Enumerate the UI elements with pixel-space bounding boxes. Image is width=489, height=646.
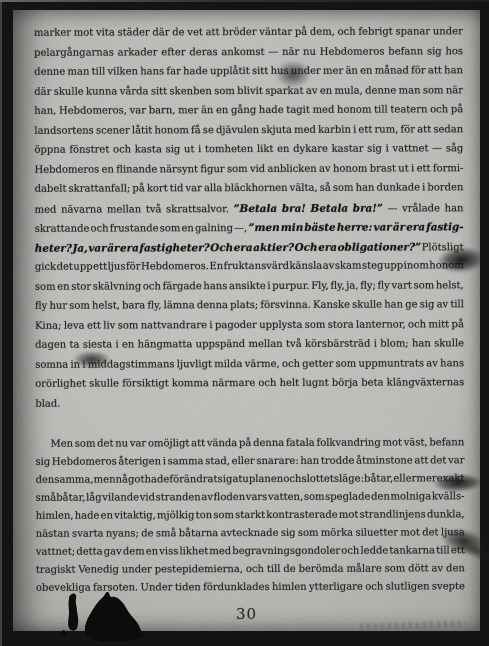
word: bra!” [353, 202, 383, 214]
text-line: Mensomdetnuvaromöjligtattvändapådennafat… [35, 437, 464, 456]
word: floden [214, 492, 245, 503]
word: tragiskt [36, 565, 76, 576]
word: vitaktig, [114, 510, 156, 521]
word: en [101, 510, 113, 521]
word: siluetter [355, 527, 398, 538]
word: Och [295, 241, 318, 253]
word: de [283, 564, 295, 575]
word: himlen, [36, 511, 74, 522]
word: av [437, 299, 449, 310]
word: stad, [205, 456, 230, 467]
word: vita [96, 27, 115, 38]
word: ett [93, 261, 107, 272]
word: fly [378, 280, 390, 291]
word: hade [183, 66, 208, 77]
word: en [320, 85, 332, 96]
text-line: heter?Ja,varärerafastigheter?Ocheraaktie… [35, 241, 464, 262]
word: upplysta [259, 319, 302, 330]
word: tomheten [205, 144, 253, 155]
page-text: markermotvitastäderdärdevetattbrödervänt… [34, 26, 465, 600]
word: hos [445, 46, 463, 57]
word: ”men [248, 222, 279, 234]
word: som [35, 281, 56, 292]
ink-smudge [73, 351, 111, 368]
word: svarta [72, 529, 104, 540]
word: liv [103, 320, 115, 331]
word: bröder [222, 27, 256, 38]
word: Och [210, 242, 233, 254]
word: ”Betala [234, 202, 278, 214]
word: aktier? [253, 241, 294, 253]
word: skrattanfall; [69, 183, 131, 194]
text-line: gickdetuppettljusförHebdomeros.Enfruktan… [35, 260, 464, 281]
word: som [423, 85, 444, 96]
word: i [267, 280, 270, 291]
word: era [234, 241, 253, 253]
word: getter [302, 358, 333, 369]
word: Kanske [313, 300, 350, 311]
word: detta [76, 547, 102, 558]
word: stranden [156, 492, 201, 503]
text-line: densamma,mennågothadeförändratsigatuplan… [36, 473, 465, 492]
word: som [227, 164, 248, 175]
word: låtit [132, 125, 152, 136]
word: dunkade [376, 182, 420, 193]
word: de [141, 528, 153, 539]
word: fly, [330, 280, 344, 291]
word: en [360, 66, 372, 77]
word: ut [398, 163, 409, 174]
word: i [115, 339, 118, 350]
word: honom [337, 105, 371, 116]
word: välta, [290, 183, 318, 194]
word: Hebdomeros, [59, 105, 127, 116]
word: sedan [433, 124, 463, 135]
paragraph: Mensomdetnuvaromöjligtattvändapådennafat… [35, 437, 465, 600]
word: det [422, 527, 438, 538]
word: kort [147, 183, 168, 194]
word: sig [367, 144, 382, 155]
word: frustande [110, 223, 159, 234]
scanned-page: markermotvitastäderdärdevetattbrödervänt… [0, 0, 489, 646]
word: Kina; [35, 320, 61, 331]
word: — [387, 203, 397, 214]
word: dunkla, [427, 509, 465, 520]
word: hade [145, 474, 170, 485]
word: i [209, 320, 212, 331]
ink-blot [59, 587, 153, 643]
word: denna [253, 438, 284, 449]
word: blom; [380, 338, 409, 349]
word: obligationer?” [338, 241, 422, 253]
word: likt [257, 144, 274, 155]
text-line: himlen,hadeenvitaktig,mjölkigtonsomstark… [36, 509, 465, 528]
word: och [282, 358, 300, 369]
word: mer [323, 66, 343, 77]
word: försiktigt [122, 378, 169, 389]
word: Hebdomeros [34, 164, 99, 175]
word: ton [196, 510, 213, 521]
word: till [267, 564, 281, 575]
word: brast [370, 163, 396, 174]
word: fönstret [69, 144, 109, 155]
word: slutligen [386, 581, 430, 592]
text-line: sigHebdomerosåterigenisammastad,ellersna… [35, 455, 464, 474]
word: tagit [286, 105, 310, 116]
word: i [422, 182, 425, 193]
word: hängmatta [138, 339, 193, 350]
word: befann [429, 437, 464, 448]
word: i [386, 144, 389, 155]
word: mellan [107, 204, 141, 215]
word: två [286, 339, 302, 350]
word: skam [335, 261, 362, 272]
word: sig [281, 528, 296, 539]
word: strandlinjens [360, 509, 426, 520]
word: vart [391, 280, 411, 291]
word: ge [405, 299, 417, 310]
word: mjölkig [157, 510, 195, 521]
word: kasta [135, 144, 162, 155]
word: två [146, 204, 162, 215]
word: komma [172, 378, 209, 389]
word: skrattsalvor. [166, 204, 229, 215]
text-line: dennemantillvilkenhansfarhadeupplåtitsit… [34, 65, 463, 86]
word: teatern [390, 104, 427, 115]
word: nu [115, 438, 128, 449]
word: milda [214, 359, 242, 370]
word: med [313, 105, 335, 116]
word: svepte [432, 581, 465, 592]
text-line: nästansvartanyans;desmåbåtarnaavtecknade… [36, 527, 465, 546]
word: hade [259, 105, 284, 116]
word: han [412, 338, 431, 349]
word: är [393, 221, 405, 233]
word: var [130, 438, 146, 449]
word: man [399, 85, 421, 96]
word: som [336, 358, 357, 369]
word: befann [388, 46, 423, 57]
word: purpur. [272, 280, 309, 291]
word: förändrats [169, 474, 222, 485]
word: — [432, 143, 442, 154]
word: lanternor, [356, 319, 406, 330]
word: trodde [321, 456, 355, 467]
word: ut [184, 144, 195, 155]
word: Ja, [72, 242, 87, 254]
word: av [426, 358, 438, 369]
text-line: markermotvitastäderdärdevetattbrödervänt… [34, 26, 463, 47]
word: Hebdomeros [52, 456, 117, 467]
word: och [341, 546, 359, 557]
word: försvinna. [260, 300, 311, 311]
word: bara [122, 300, 145, 311]
word: var [448, 455, 464, 466]
word: fatala [286, 438, 315, 449]
word: — [268, 46, 278, 57]
text-line: mednävarnamellantvåskrattsalvor.”Betalab… [35, 202, 464, 223]
word: berömda [299, 564, 344, 575]
word: de [172, 27, 184, 38]
word: formi- [433, 163, 464, 174]
word: fördunklades [203, 582, 270, 593]
word: ledde [360, 546, 388, 557]
text-line: vattnet;dettagavdemenvisslikhetmedbegrav… [36, 545, 465, 564]
word: var [130, 105, 146, 116]
word: borden [427, 182, 463, 193]
word: skjuta [261, 124, 292, 135]
word: en [57, 281, 69, 292]
word: tankarna [389, 545, 435, 556]
word: vars [246, 492, 268, 503]
word: han [445, 203, 464, 214]
word: era [318, 241, 337, 253]
word: med [209, 546, 231, 557]
word: målare [346, 564, 381, 575]
word: sitt [252, 66, 268, 77]
word: som [305, 319, 326, 330]
word: det [97, 438, 113, 449]
word: Betala [311, 202, 349, 214]
word: lugnt [302, 378, 329, 389]
word: känsla [289, 261, 322, 272]
word: som [160, 223, 181, 234]
word: stor [71, 281, 91, 292]
word: avtecknade [221, 528, 279, 539]
word: efter [161, 47, 185, 58]
word: med [294, 124, 316, 135]
word: mula, [335, 85, 363, 96]
word: skenben [170, 86, 212, 97]
word: småbåtar, [36, 493, 86, 504]
word: uppspänd [196, 339, 246, 350]
text-line: blad. [35, 397, 464, 418]
word: era [120, 242, 139, 254]
word: han, [34, 106, 56, 117]
word: som [75, 439, 96, 450]
word: av [319, 163, 331, 174]
word: fly, [147, 300, 161, 311]
word: karbin [318, 124, 351, 135]
ink-smudge [433, 473, 484, 493]
word: bläckhornen [224, 183, 287, 194]
word: galning [195, 223, 233, 234]
word: närmare [212, 378, 255, 389]
word: och [246, 564, 264, 575]
word: ta [70, 340, 80, 351]
text-line: dabeltskrattanfall;påkorttidvarallabläck… [35, 182, 464, 203]
word: under [433, 26, 463, 37]
word: denna [197, 300, 228, 311]
word: inom [404, 260, 429, 271]
word: att [414, 455, 428, 466]
word: barn, [149, 105, 176, 116]
word: nävarna [61, 204, 102, 215]
word: mer [178, 105, 198, 116]
word: lämna [164, 300, 195, 311]
word: —, [234, 223, 247, 234]
word: vattnet [392, 143, 428, 154]
word: folkvandring [316, 438, 380, 449]
word: hans [203, 281, 227, 292]
word: i [374, 339, 377, 350]
word: han [356, 183, 375, 194]
word: att [206, 27, 220, 38]
word: slottets [301, 474, 339, 485]
word: läge: [339, 474, 364, 485]
word: som [385, 563, 406, 574]
word: en [181, 223, 193, 234]
word: snarare: [256, 456, 298, 467]
word: gatuplanen [226, 474, 283, 485]
word: helst, [436, 280, 464, 291]
word: sig [166, 144, 181, 155]
text-line: somenstorskälvningochfärgadehansansiktei… [35, 280, 464, 301]
word: börja [332, 378, 358, 389]
word: för [411, 65, 426, 76]
word: en [146, 546, 158, 557]
word: åtminstone [356, 455, 413, 466]
word: fly; [360, 280, 376, 291]
word: vilande [102, 492, 139, 503]
word: fastigheter? [139, 242, 209, 254]
word: den [371, 492, 390, 503]
word: skulle [434, 338, 464, 349]
word: och [430, 104, 448, 115]
word: marker [34, 28, 71, 39]
word: stora [328, 319, 354, 330]
word: densamma, [36, 475, 94, 486]
word: flinande [116, 164, 157, 175]
word: ytterligare [309, 582, 363, 593]
word: viss [159, 546, 178, 557]
word: dykare [293, 144, 328, 155]
word: mitt [428, 319, 449, 330]
word: som [333, 183, 354, 194]
word: En [209, 261, 223, 272]
word: det [57, 262, 73, 273]
word: denne [34, 67, 65, 78]
word: uppmuntrats [358, 358, 424, 369]
word: nyans; [106, 528, 139, 539]
word: fastig- [426, 221, 463, 233]
text-line: pelargångarnasarkaderefterderasankomst—n… [34, 46, 463, 67]
word: som [304, 492, 325, 503]
word: era [406, 221, 425, 233]
word: av [306, 85, 318, 96]
word: han [444, 65, 463, 76]
word: denne [365, 85, 396, 96]
word: alla [204, 183, 222, 194]
word: och [113, 144, 131, 155]
word: mörka [321, 528, 353, 539]
word: himlen [272, 582, 307, 593]
word: dem, [310, 27, 335, 38]
word: molniga [391, 491, 432, 502]
word: blivit [237, 85, 263, 96]
word: febrigt [358, 26, 392, 37]
word: som [213, 510, 234, 521]
word: djävulen [216, 124, 259, 135]
word: skulle [352, 300, 382, 311]
word: av [432, 563, 444, 574]
word: tid [170, 183, 184, 194]
word: vattnet; [36, 547, 75, 558]
word: speglade [325, 492, 370, 503]
word: han [300, 456, 319, 467]
word: sig [420, 299, 435, 310]
word: med [35, 204, 57, 215]
word: Hebdomeros. [141, 261, 209, 272]
word: som [414, 280, 435, 291]
word: och [365, 582, 383, 593]
word: Men [50, 439, 73, 450]
word: som [69, 301, 90, 312]
word: Fly, [311, 280, 329, 291]
word: landsortens [34, 125, 93, 136]
word: en [122, 339, 134, 350]
word: ankomst [221, 46, 264, 57]
word: dött [408, 563, 429, 574]
word: han [384, 299, 403, 310]
word: plats; [230, 300, 258, 311]
word: hans [140, 66, 164, 77]
word: något [116, 474, 145, 485]
word: ljus [108, 261, 126, 272]
word: likhet [179, 546, 208, 557]
word: närsynt [160, 164, 198, 175]
word: se [203, 125, 214, 136]
word: sig [35, 457, 50, 468]
text-line: öppnafönstretochkastasigutitomhetenlikte… [34, 143, 463, 164]
word: skrattande [35, 224, 90, 235]
word: på [132, 183, 144, 194]
word: den [446, 563, 465, 574]
word: där [34, 86, 51, 97]
word: och [283, 474, 301, 485]
word: en [277, 144, 289, 155]
word: är [107, 242, 119, 254]
word: gav [104, 546, 122, 557]
word: dabelt [35, 184, 67, 195]
word: och [143, 281, 161, 292]
text-line: han,Hebdomeros,varbarn,meränengånghadeta… [34, 104, 463, 125]
text-line: skrattandeochfrustandesomengalning—,”men… [35, 221, 464, 242]
word: dem [123, 546, 145, 557]
word: sitt [151, 86, 167, 97]
word: värme, [245, 358, 280, 369]
word: att [417, 124, 431, 135]
word: vatten, [268, 492, 303, 503]
word: i [411, 163, 414, 174]
word: få [191, 125, 201, 136]
word: i [163, 456, 166, 467]
word: till [92, 67, 106, 78]
word: beta [361, 378, 383, 389]
word: och [258, 378, 276, 389]
word: vilken [107, 66, 138, 77]
text-line: därskullekunnavårdasittskenbensomblivits… [34, 85, 463, 106]
word: honom [154, 125, 188, 136]
word: väntar [259, 27, 292, 38]
word: båtar, [364, 473, 393, 484]
word: upp [384, 260, 403, 271]
word: vet [187, 27, 203, 38]
word: hans [440, 358, 464, 369]
word: mot [400, 527, 420, 538]
word: som [298, 528, 319, 539]
word: pestepidemierna, [155, 564, 243, 575]
